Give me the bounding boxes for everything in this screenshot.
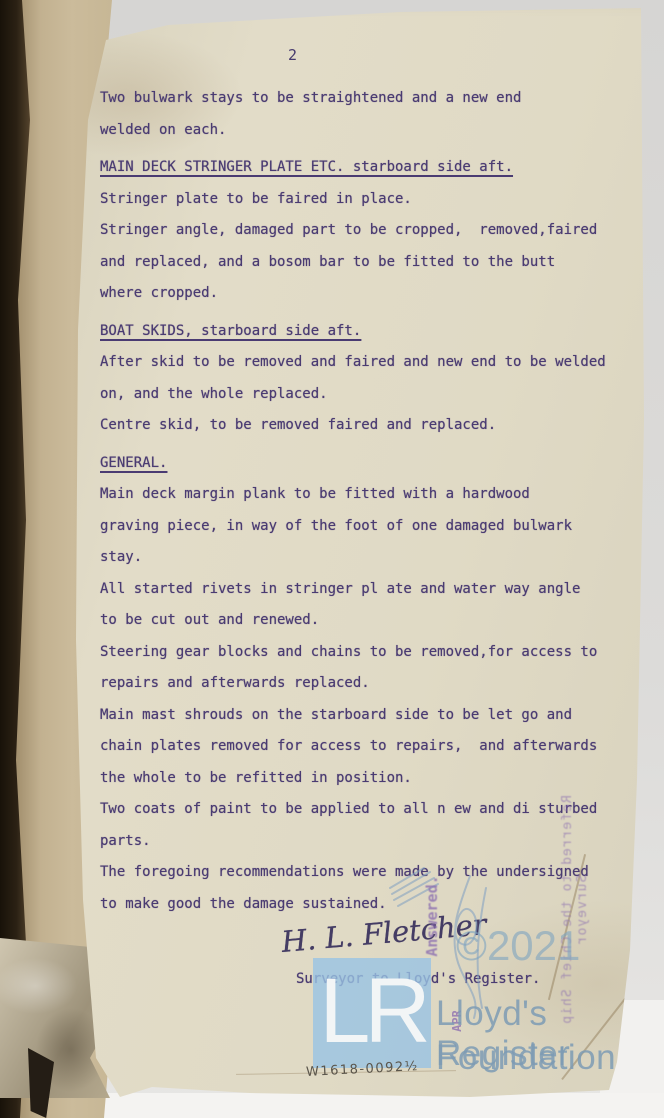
page-number: 2 (288, 46, 298, 64)
lloyds-register-logo: LR (313, 958, 431, 1068)
watermark-line2: Foundation (436, 1038, 616, 1078)
document-line: chain plates removed for access to repai… (100, 736, 625, 768)
document-line: All started rivets in stringer pl ate an… (100, 579, 625, 611)
document-body: Two bulwark stays to be straightened and… (100, 88, 625, 1000)
section-heading: MAIN DECK STRINGER PLATE ETC. starboard … (100, 157, 625, 189)
document-line: the whole to be refitted in position. (100, 768, 625, 800)
document-line: stay. (100, 547, 625, 579)
document-line: parts. (100, 831, 625, 863)
document-line: Stringer plate to be faired in place. (100, 189, 625, 221)
document-line: Two coats of paint to be applied to all … (100, 799, 625, 831)
document-line: Two bulwark stays to be straightened and… (100, 88, 625, 120)
section-heading: GENERAL. (100, 453, 625, 485)
copyright-watermark: ©2021 (456, 922, 580, 970)
scanned-document-page: 2 Two bulwark stays to be straightened a… (0, 0, 664, 1118)
lr-logo-letters: LR (319, 965, 425, 1057)
document-line: The foregoing recommendations were made … (100, 862, 625, 894)
document-line: and replaced, and a bosom bar to be fitt… (100, 252, 625, 284)
document-line: on, and the whole replaced. (100, 384, 625, 416)
document-line: to be cut out and renewed. (100, 610, 625, 642)
document-line: Main deck margin plank to be fitted with… (100, 484, 625, 516)
document-line: Stringer angle, damaged part to be cropp… (100, 220, 625, 252)
document-line: graving piece, in way of the foot of one… (100, 516, 625, 548)
document-line: Main mast shrouds on the starboard side … (100, 705, 625, 737)
document-line: repairs and afterwards replaced. (100, 673, 625, 705)
document-line: welded on each. (100, 120, 625, 152)
document-line: After skid to be removed and faired and … (100, 352, 625, 384)
document-line: Steering gear blocks and chains to be re… (100, 642, 625, 674)
document-line: Centre skid, to be removed faired and re… (100, 415, 625, 447)
document-line: where cropped. (100, 283, 625, 315)
section-heading: BOAT SKIDS, starboard side aft. (100, 321, 625, 353)
